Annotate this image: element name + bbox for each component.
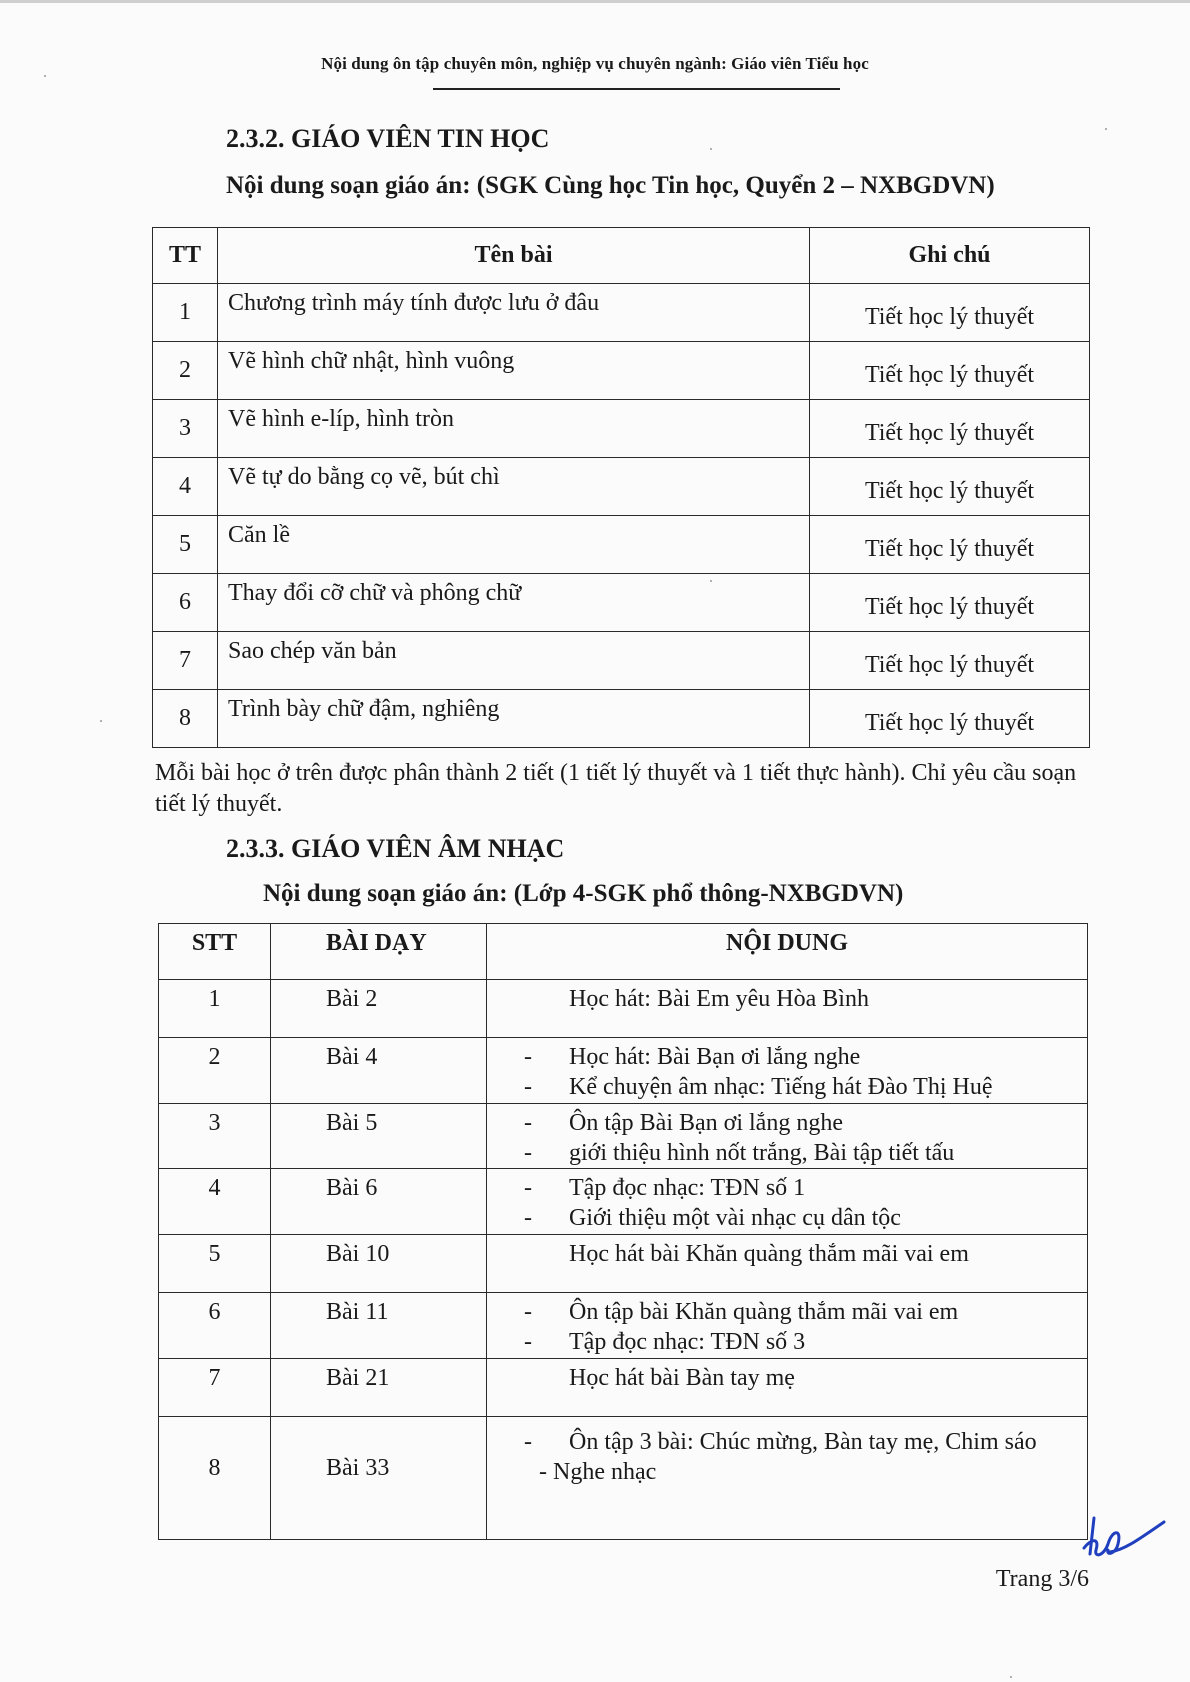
row-number: 7 bbox=[159, 1359, 271, 1417]
table-row: 2Vẽ hình chữ nhật, hình vuôngTiết học lý… bbox=[153, 342, 1090, 400]
row-number: 7 bbox=[153, 632, 218, 690]
table-row: 8Trình bày chữ đậm, nghiêngTiết học lý t… bbox=[153, 690, 1090, 748]
content-text: Tập đọc nhạc: TĐN số 1 bbox=[569, 1173, 805, 1203]
section-subtitle-tin-hoc: Nội dung soạn giáo án: (SGK Cùng học Tin… bbox=[226, 172, 995, 200]
page-number: Trang 3/6 bbox=[996, 1566, 1089, 1593]
column-header-ten-bai: Tên bài bbox=[218, 228, 810, 284]
bullet-dash: - bbox=[487, 1203, 569, 1233]
column-header-bai-day: BÀI DẠY bbox=[271, 924, 487, 980]
table-row: 3Bài 5-Ôn tập Bài Bạn ơi lắng nghe-giới … bbox=[159, 1104, 1088, 1169]
lesson-content: -Ôn tập bài Khăn quàng thắm mãi vai em-T… bbox=[487, 1293, 1088, 1359]
column-header-noi-dung: NỘI DUNG bbox=[487, 924, 1088, 980]
lesson-note-cell: Tiết học lý thuyết bbox=[810, 516, 1090, 574]
bullet-dash: - bbox=[487, 1327, 569, 1357]
column-header-ghi-chu: Ghi chú bbox=[810, 228, 1090, 284]
lesson-label: Bài 4 bbox=[271, 1038, 487, 1104]
section-subtitle-am-nhac: Nội dung soạn giáo án: (Lớp 4-SGK phổ th… bbox=[263, 880, 903, 908]
lesson-note-cell: Tiết học lý thuyết bbox=[810, 574, 1090, 632]
lesson-name: Vẽ hình e-líp, hình tròn bbox=[218, 400, 810, 458]
lesson-name: Căn lề bbox=[218, 516, 810, 574]
content-text: Kể chuyện âm nhạc: Tiếng hát Đào Thị Huệ bbox=[569, 1072, 992, 1102]
lesson-content: -Ôn tập Bài Bạn ơi lắng nghe-giới thiệu … bbox=[487, 1104, 1088, 1169]
scan-top-edge bbox=[0, 0, 1190, 3]
content-text: Ôn tập 3 bài: Chúc mừng, Bàn tay mẹ, Chi… bbox=[569, 1427, 1037, 1457]
lesson-note-cell: Tiết học lý thuyết bbox=[810, 342, 1090, 400]
table-row: 1Chương trình máy tính được lưu ở đâuTiế… bbox=[153, 284, 1090, 342]
lesson-label: Bài 33 bbox=[271, 1417, 487, 1540]
row-number: 2 bbox=[159, 1038, 271, 1104]
bullet-dash: - bbox=[487, 1072, 569, 1102]
row-number: 1 bbox=[159, 980, 271, 1038]
content-line: Học hát: Bài Em yêu Hòa Bình bbox=[487, 984, 1087, 1014]
lesson-name: Sao chép văn bản bbox=[218, 632, 810, 690]
lesson-label: Bài 6 bbox=[271, 1169, 487, 1235]
table-row: 7Bài 21Học hát bài Bàn tay mẹ bbox=[159, 1359, 1088, 1417]
scan-speck bbox=[1010, 1676, 1012, 1678]
content-line: - Nghe nhạc bbox=[487, 1457, 1087, 1487]
scan-speck bbox=[44, 75, 46, 77]
row-number: 4 bbox=[153, 458, 218, 516]
table-row: 4Bài 6-Tập đọc nhạc: TĐN số 1-Giới thiệu… bbox=[159, 1169, 1088, 1235]
row-number: 5 bbox=[159, 1235, 271, 1293]
table-row: 6Bài 11-Ôn tập bài Khăn quàng thắm mãi v… bbox=[159, 1293, 1088, 1359]
lesson-name: Chương trình máy tính được lưu ở đâu bbox=[218, 284, 810, 342]
table-row: 8Bài 33-Ôn tập 3 bài: Chúc mừng, Bàn tay… bbox=[159, 1417, 1088, 1540]
table-row: 5Căn lềTiết học lý thuyết bbox=[153, 516, 1090, 574]
bullet-dash: - bbox=[487, 1427, 569, 1457]
content-bullet: -giới thiệu hình nốt trắng, Bài tập tiết… bbox=[487, 1138, 1087, 1168]
content-text: Ôn tập Bài Bạn ơi lắng nghe bbox=[569, 1108, 843, 1138]
lesson-label: Bài 11 bbox=[271, 1293, 487, 1359]
lesson-note-cell: Tiết học lý thuyết bbox=[810, 458, 1090, 516]
content-bullet: -Ôn tập bài Khăn quàng thắm mãi vai em bbox=[487, 1297, 1087, 1327]
content-bullet: -Học hát: Bài Bạn ơi lắng nghe bbox=[487, 1042, 1087, 1072]
row-number: 2 bbox=[153, 342, 218, 400]
scan-speck bbox=[1105, 128, 1107, 130]
content-text: Ôn tập bài Khăn quàng thắm mãi vai em bbox=[569, 1297, 958, 1327]
table-row: 2Bài 4-Học hát: Bài Bạn ơi lắng nghe-Kể … bbox=[159, 1038, 1088, 1104]
bullet-dash: - bbox=[487, 1138, 569, 1168]
column-header-stt: STT bbox=[159, 924, 271, 980]
scan-speck bbox=[100, 720, 102, 722]
row-number: 6 bbox=[159, 1293, 271, 1359]
lesson-label: Bài 5 bbox=[271, 1104, 487, 1169]
lesson-name: Vẽ tự do bằng cọ vẽ, bút chì bbox=[218, 458, 810, 516]
row-number: 1 bbox=[153, 284, 218, 342]
lesson-content: Học hát bài Khăn quàng thắm mãi vai em bbox=[487, 1235, 1088, 1293]
lesson-note-cell: Tiết học lý thuyết bbox=[810, 690, 1090, 748]
table-row: 4Vẽ tự do bằng cọ vẽ, bút chìTiết học lý… bbox=[153, 458, 1090, 516]
content-bullet: -Ôn tập Bài Bạn ơi lắng nghe bbox=[487, 1108, 1087, 1138]
table-row: 6Thay đổi cỡ chữ và phông chữTiết học lý… bbox=[153, 574, 1090, 632]
bullet-dash: - bbox=[487, 1108, 569, 1138]
row-number: 3 bbox=[159, 1104, 271, 1169]
content-line: Học hát bài Khăn quàng thắm mãi vai em bbox=[487, 1239, 1087, 1269]
content-bullet: -Tập đọc nhạc: TĐN số 3 bbox=[487, 1327, 1087, 1357]
row-number: 6 bbox=[153, 574, 218, 632]
lesson-content: -Ôn tập 3 bài: Chúc mừng, Bàn tay mẹ, Ch… bbox=[487, 1417, 1088, 1540]
bullet-dash: - bbox=[487, 1173, 569, 1203]
scan-speck bbox=[710, 580, 712, 582]
lesson-label: Bài 21 bbox=[271, 1359, 487, 1417]
row-number: 3 bbox=[153, 400, 218, 458]
column-header-tt: TT bbox=[153, 228, 218, 284]
table-row: 7Sao chép văn bảnTiết học lý thuyết bbox=[153, 632, 1090, 690]
content-bullet: -Tập đọc nhạc: TĐN số 1 bbox=[487, 1173, 1087, 1203]
section-heading-tin-hoc: 2.3.2. GIÁO VIÊN TIN HỌC bbox=[226, 124, 549, 154]
lesson-note-cell: Tiết học lý thuyết bbox=[810, 632, 1090, 690]
scan-speck bbox=[710, 148, 712, 150]
tin-hoc-lessons-table: TT Tên bài Ghi chú 1Chương trình máy tín… bbox=[152, 227, 1090, 748]
row-number: 8 bbox=[153, 690, 218, 748]
lesson-content: Học hát: Bài Em yêu Hòa Bình bbox=[487, 980, 1088, 1038]
signature-initials bbox=[1080, 1510, 1170, 1575]
lesson-name: Thay đổi cỡ chữ và phông chữ bbox=[218, 574, 810, 632]
bullet-dash: - bbox=[487, 1042, 569, 1072]
content-text: Giới thiệu một vài nhạc cụ dân tộc bbox=[569, 1203, 901, 1233]
content-line: Học hát bài Bàn tay mẹ bbox=[487, 1363, 1087, 1393]
lesson-note-cell: Tiết học lý thuyết bbox=[810, 400, 1090, 458]
bullet-dash: - bbox=[487, 1297, 569, 1327]
content-bullet: -Ôn tập 3 bài: Chúc mừng, Bàn tay mẹ, Ch… bbox=[487, 1427, 1087, 1457]
table-row: 5Bài 10Học hát bài Khăn quàng thắm mãi v… bbox=[159, 1235, 1088, 1293]
content-text: giới thiệu hình nốt trắng, Bài tập tiết … bbox=[569, 1138, 954, 1168]
lesson-note: Mỗi bài học ở trên được phân thành 2 tiế… bbox=[155, 758, 1095, 820]
section-heading-am-nhac: 2.3.3. GIÁO VIÊN ÂM NHẠC bbox=[226, 834, 564, 864]
lesson-content: -Tập đọc nhạc: TĐN số 1-Giới thiệu một v… bbox=[487, 1169, 1088, 1235]
content-bullet: -Giới thiệu một vài nhạc cụ dân tộc bbox=[487, 1203, 1087, 1233]
row-number: 5 bbox=[153, 516, 218, 574]
lesson-content: Học hát bài Bàn tay mẹ bbox=[487, 1359, 1088, 1417]
lesson-name: Trình bày chữ đậm, nghiêng bbox=[218, 690, 810, 748]
table-row: 1Bài 2Học hát: Bài Em yêu Hòa Bình bbox=[159, 980, 1088, 1038]
lesson-note-cell: Tiết học lý thuyết bbox=[810, 284, 1090, 342]
table-row: 3Vẽ hình e-líp, hình trònTiết học lý thu… bbox=[153, 400, 1090, 458]
row-number: 8 bbox=[159, 1417, 271, 1540]
am-nhac-lessons-table: STT BÀI DẠY NỘI DUNG 1Bài 2Học hát: Bài … bbox=[158, 923, 1088, 1540]
table-header-row: STT BÀI DẠY NỘI DUNG bbox=[159, 924, 1088, 980]
lesson-label: Bài 10 bbox=[271, 1235, 487, 1293]
lesson-label: Bài 2 bbox=[271, 980, 487, 1038]
content-bullet: -Kể chuyện âm nhạc: Tiếng hát Đào Thị Hu… bbox=[487, 1072, 1087, 1102]
table-header-row: TT Tên bài Ghi chú bbox=[153, 228, 1090, 284]
header-underline bbox=[433, 88, 840, 90]
content-text: Học hát: Bài Bạn ơi lắng nghe bbox=[569, 1042, 860, 1072]
content-text: Tập đọc nhạc: TĐN số 3 bbox=[569, 1327, 805, 1357]
lesson-name: Vẽ hình chữ nhật, hình vuông bbox=[218, 342, 810, 400]
row-number: 4 bbox=[159, 1169, 271, 1235]
lesson-content: -Học hát: Bài Bạn ơi lắng nghe-Kể chuyện… bbox=[487, 1038, 1088, 1104]
running-header: Nội dung ôn tập chuyên môn, nghiệp vụ ch… bbox=[0, 54, 1190, 74]
